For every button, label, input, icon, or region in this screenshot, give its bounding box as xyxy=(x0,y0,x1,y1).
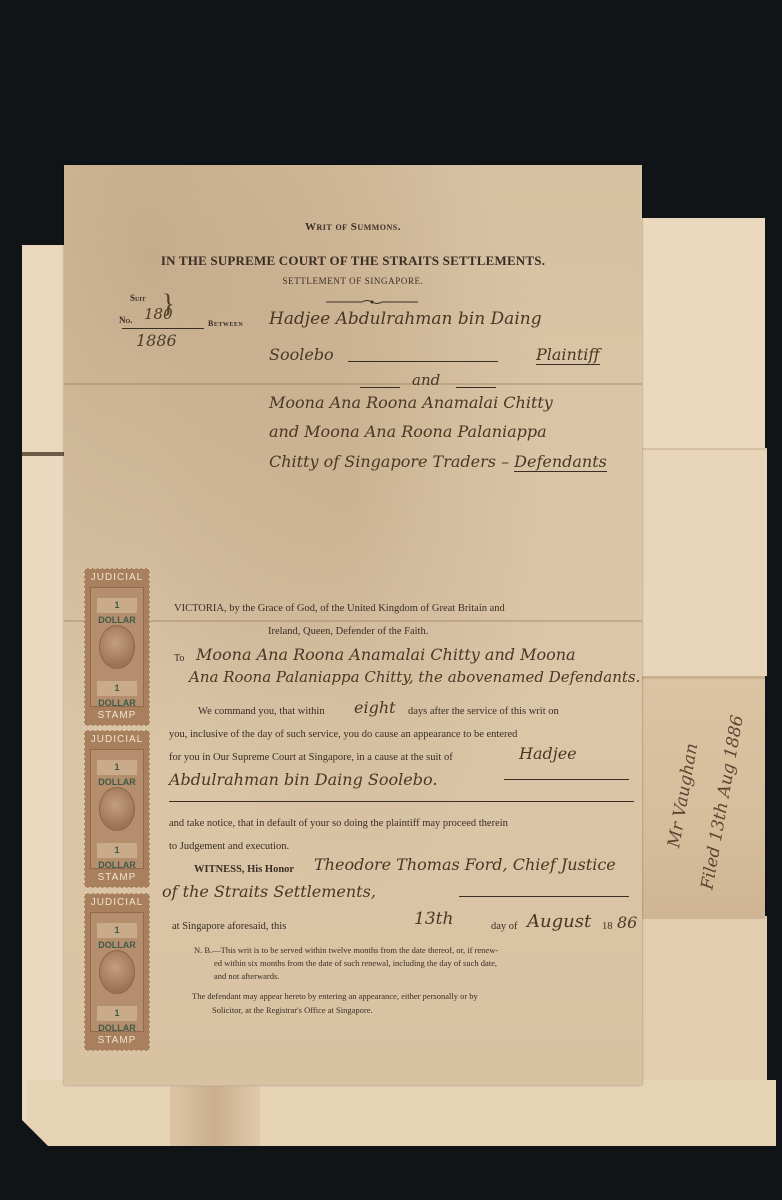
appearance-note: The defendant may appear hereto by enter… xyxy=(192,989,637,1017)
writ-sheet: Writ of Summons. IN THE SUPREME COURT OF… xyxy=(64,165,642,1085)
defendant-names: Chitty of Singapore Traders xyxy=(269,452,496,471)
stamp-top-label: JUDICIAL xyxy=(88,571,146,585)
and-rule xyxy=(360,387,400,388)
date-day: 13th xyxy=(414,909,453,929)
notice-line-1: and take notice, that in default of your… xyxy=(169,818,508,829)
back-sheet-bottom xyxy=(26,1080,776,1146)
back-sheet-right-middle xyxy=(637,448,767,676)
witness-name: Theodore Thomas Ford, Chief Justice xyxy=(314,855,616,874)
addressee-line-1: Moona Ana Roona Anamalai Chitty and Moon… xyxy=(196,645,576,664)
year-prefix: 18 xyxy=(602,921,613,932)
defendant-line-3: Chitty of Singapore Traders – Defendants xyxy=(269,452,607,471)
fill-rule xyxy=(169,801,634,802)
stamp-value: 1 DOLLAR xyxy=(97,1006,137,1021)
appearance-line-1: The defendant may appear hereto by enter… xyxy=(192,991,478,1001)
suit-year: 1886 xyxy=(136,331,177,350)
court-title: IN THE SUPREME COURT OF THE STRAITS SETT… xyxy=(64,253,642,269)
stamp-bottom-label: STAMP xyxy=(88,871,146,885)
stain xyxy=(170,1086,260,1146)
stamp-value: 1 DOLLAR xyxy=(97,681,137,696)
to-label: To xyxy=(174,653,184,664)
victoria-line: VICTORIA, by the Grace of God, of the Un… xyxy=(174,603,505,614)
date-month: August xyxy=(527,911,591,932)
nb-line-3: and not afterwards. xyxy=(194,970,634,983)
suit-label: Suit xyxy=(130,293,146,303)
stamp-top-label: JUDICIAL xyxy=(88,733,146,747)
and-text: and xyxy=(412,371,440,389)
defendant-line-1: Moona Ana Roona Anamalai Chitty xyxy=(269,393,553,412)
dash: – xyxy=(501,452,509,471)
queen-portrait-icon xyxy=(99,950,135,994)
command-days: eight xyxy=(354,698,396,717)
nota-bene: N. B.—This writ is to be served within t… xyxy=(194,944,634,983)
suit-rule xyxy=(122,328,204,329)
judicial-stamp: JUDICIAL 1 DOLLAR 1 DOLLAR STAMP xyxy=(84,730,150,888)
defendant-role: Defendants xyxy=(514,452,607,472)
fill-rule xyxy=(504,779,629,780)
witness-title: of the Straits Settlements, xyxy=(162,882,376,901)
day-of-label: day of xyxy=(491,921,518,932)
torn-corner xyxy=(22,1120,48,1146)
command-post: days after the service of this writ on xyxy=(408,706,559,717)
suit-of-line-1: Hadjee xyxy=(519,744,577,763)
back-sheet-right-upper xyxy=(637,218,765,448)
command-line-2: you, inclusive of the day of such servic… xyxy=(169,729,517,740)
stamp-value: 1 DOLLAR xyxy=(97,923,137,938)
judicial-stamp: JUDICIAL 1 DOLLAR 1 DOLLAR STAMP xyxy=(84,893,150,1051)
suit-of-line-2: Abdulrahman bin Daing Soolebo. xyxy=(169,770,437,789)
command-pre: We command you, that within xyxy=(198,706,325,717)
witness-label: WITNESS, His Honor xyxy=(194,864,294,875)
appearance-line-2: Solicitor, at the Registrar's Office at … xyxy=(192,1003,637,1017)
nb-line-1: N. B.—This writ is to be served within t… xyxy=(194,945,498,955)
queen-portrait-icon xyxy=(99,787,135,831)
suit-no-label: No. xyxy=(119,315,132,325)
fold-line xyxy=(64,620,642,622)
nb-line-2: ed within six months from the date of su… xyxy=(194,957,634,970)
year-suffix: 86 xyxy=(617,913,637,932)
stamp-value: 1 DOLLAR xyxy=(97,598,137,613)
at-label: at Singapore aforesaid, this xyxy=(172,921,286,932)
flourish-ornament xyxy=(326,299,418,305)
command-line-3: for you in Our Supreme Court at Singapor… xyxy=(169,752,453,763)
addressee-line-2: Ana Roona Palaniappa Chitty, the abovena… xyxy=(189,668,640,686)
judicial-stamp: JUDICIAL 1 DOLLAR 1 DOLLAR STAMP xyxy=(84,568,150,726)
defendant-line-2: and Moona Ana Roona Palaniappa xyxy=(269,422,547,441)
between-label: Between xyxy=(208,319,243,328)
plaintiff-rule xyxy=(348,361,498,362)
back-sheet-right-lower xyxy=(641,916,767,1080)
plaintiff-role: Plaintiff xyxy=(536,345,600,365)
stamp-frame: 1 DOLLAR 1 DOLLAR xyxy=(90,912,144,1032)
stamp-value: 1 DOLLAR xyxy=(97,760,137,775)
notice-line-2: to Judgement and execution. xyxy=(169,841,289,852)
plaintiff-name: Hadjee Abdulrahman bin Daing xyxy=(269,309,542,329)
endorsement-panel: Mr Vaughan Filed 13th Aug 1886 xyxy=(641,676,765,919)
fold-line xyxy=(64,383,642,385)
stamp-top-label: JUDICIAL xyxy=(88,896,146,910)
fill-rule xyxy=(459,896,629,897)
queen-portrait-icon xyxy=(99,625,135,669)
stamp-bottom-label: STAMP xyxy=(88,709,146,723)
and-rule xyxy=(456,387,496,388)
back-sheet-left-lower xyxy=(22,456,66,1146)
stamp-bottom-label: STAMP xyxy=(88,1034,146,1048)
suit-bracket: } xyxy=(162,289,174,319)
writ-title: Writ of Summons. xyxy=(64,221,642,233)
stamp-frame: 1 DOLLAR 1 DOLLAR xyxy=(90,749,144,869)
back-sheet-left-upper xyxy=(22,245,66,453)
stamp-frame: 1 DOLLAR 1 DOLLAR xyxy=(90,587,144,707)
endorsement-text: Mr Vaughan Filed 13th Aug 1886 xyxy=(648,705,757,893)
stamp-value: 1 DOLLAR xyxy=(97,843,137,858)
settlement-title: SETTLEMENT OF SINGAPORE. xyxy=(64,276,642,286)
ireland-line: Ireland, Queen, Defender of the Faith. xyxy=(268,626,428,637)
plaintiff-name-cont: Soolebo xyxy=(269,345,334,364)
